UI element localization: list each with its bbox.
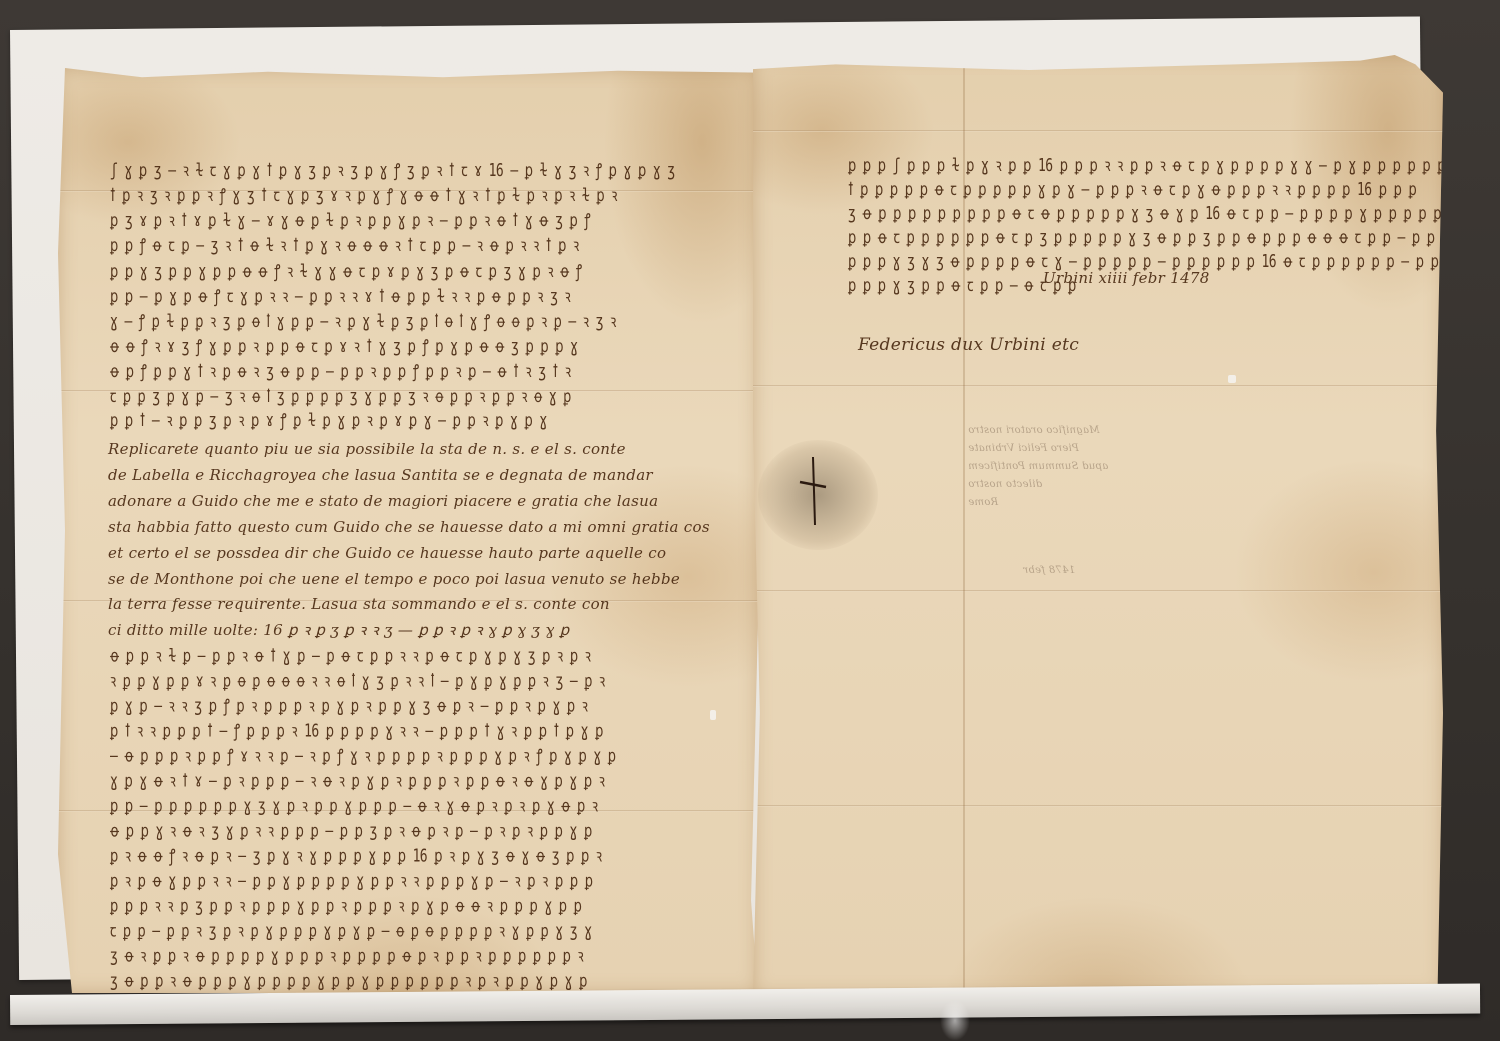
seal-cross-mark: [788, 455, 838, 530]
cipher-line: ꝑ ꝑ ꝑ ɣ ʒ ꝑ ꝑ ꝋ ꞇ ꝑ ꝑ — ꝋ ꞇ ꝑ ꝑ: [848, 272, 1076, 296]
cipher-line: ʒ ꝋ ꝑ ꝑ ꝑ ꝑ ꝑ ꝑ ꝑ ꝑ ꝑ ꝋ ꞇ ꝋ ꝑ ꝑ ꝑ ꝑ ꝑ ɣ …: [848, 200, 1441, 224]
plain-text-line: ci ditto mille uolte: 16 ꝑ ꝛ ꝑ ʒ ꝑ ꝛ ꝛ ʒ…: [108, 620, 569, 640]
address-line: Rome: [968, 497, 998, 508]
cipher-line: ʒ ꝋ ꝑ ꝑ ꝛ ꝋ ꝑ ꝑ ꝑ ɣ ꝑ ꝑ ꝑ ꝑ ɣ ꝑ ꝑ ɣ ꝑ ꝑ …: [110, 968, 587, 992]
cipher-line: ꝛ ꝑ ꝑ ɣ ꝑ ꝑ ɤ ꝛ ꝑ ꝋ ꝑ ꝋ ꝋ ꝋ ꝛ ꝛ ꝋ ꝉ ɣ ʒ …: [110, 668, 605, 692]
cipher-line: ꝑ ɣ ꝑ — ꝛ ꝛ ʒ ꝑ ꝭ ꝑ ꝛ ꝑ ꝑ ꝑ ꝛ ꝑ ɣ ꝑ ꝛ ꝑ …: [110, 693, 587, 717]
cipher-line: ꝋ ꝋ ꝭ ꝛ ɤ ʒ ꝭ ɣ ꝑ ꝑ ꝛ ꝑ ꝑ ꝋ ꞇ ꝑ ɤ ꝛ ꝉ ɣ …: [110, 333, 577, 357]
dateline: Urbini xiiii febr 1478: [1043, 269, 1210, 287]
address-line: Magnifico oratori nostro: [968, 425, 1100, 436]
cipher-line: ɣ ꝑ ɣ ꝋ ꝛ ꝉ ɤ — ꝑ ꝛ ꝑ ꝑ ꝑ — ꝛ ꝋ ꝛ ꝑ ɣ ꝑ …: [110, 768, 604, 792]
fold-line: [753, 130, 1443, 132]
cipher-line: — ꝋ ꝑ ꝑ ꝑ ꝛ ꝑ ꝑ ꝭ ɤ ꝛ ꝛ ꝑ — ꝛ ꝑ ꝭ ɣ ꝛ ꝑ …: [110, 743, 615, 767]
cipher-line: ꝑ ꝑ ꝉ — ꝛ ꝑ ꝑ ʒ ꝑ ꝛ ꝑ ɤ ꝭ ꝑ ɫ ꝑ ɣ ꝑ ꝛ ꝑ …: [110, 407, 547, 431]
cipher-line: ꝑ ꝉ ꝛ ꝛ ꝑ ꝑ ꝑ ꝉ — ꝭ ꝑ ꝑ ꝑ ꝛ 16 ꝑ ꝑ ꝑ ꝑ ɣ…: [110, 718, 603, 742]
cipher-line: ꝑ ꝑ ꝑ ʃ ꝑ ꝑ ꝑ ɫ ꝑ ɣ ꝛ ꝑ ꝑ 16 ꝑ ꝑ ꝑ ꝛ ꝛ ꝑ…: [848, 152, 1500, 176]
address-line: dilecto nostro: [968, 479, 1042, 490]
cipher-line: ꝑ ʒ ɤ ꝑ ꝛ ꝉ ɤ ꝑ ɫ ɣ — ɤ ɣ ꝋ ꝑ ɫ ꝑ ꝛ ꝑ ꝑ …: [110, 207, 590, 231]
cipher-line: ꝑ ꝑ ꝭ ꝋ ꞇ ꝑ — ʒ ꝛ ꝉ ꝋ ɫ ꝛ ꝉ ꝑ ɣ ꝛ ꝋ ꝋ ꝋ …: [110, 232, 579, 256]
paper-damage: [1228, 375, 1236, 383]
plain-text-line: de Labella e Ricchagroyea che lasua Sant…: [108, 466, 653, 484]
cipher-line: ꝑ ꝑ ɣ ʒ ꝑ ꝑ ɣ ꝑ ꝑ ꝋ ꝋ ꝭ ꝛ ɫ ɣ ɣ ꝋ ꞇ ꝑ ɤ …: [110, 258, 581, 282]
fold-line: [753, 590, 1443, 592]
cipher-line: ꝑ ꝑ — ꝑ ꝑ ꝑ ꝑ ꝑ ꝑ ɣ ʒ ɣ ꝑ ꝛ ꝑ ꝑ ɣ ꝑ ꝑ ꝑ …: [110, 793, 598, 817]
address-line: Piero Felici Vrbinate: [968, 443, 1079, 454]
plain-text-line: et certo el se possdea dir che Guido ce …: [108, 544, 666, 562]
cipher-line: ꞇ ꝑ ꝑ ʒ ꝑ ɣ ꝑ — ʒ ꝛ ꝋ ꝉ ʒ ꝑ ꝑ ꝑ ꝑ ʒ ɣ ꝑ …: [110, 383, 571, 407]
cipher-line: ꝑ ꝑ ꝋ ꞇ ꝑ ꝑ ꝑ ꝑ ꝑ ꝑ ꝋ ꞇ ꝑ ʒ ꝑ ꝑ ꝑ ꝑ ꝑ ɣ …: [848, 224, 1434, 248]
cipher-line: ꝑ ꝛ ꝑ ꝋ ɣ ꝑ ꝑ ꝛ ꝛ — ꝑ ꝑ ɣ ꝑ ꝑ ꝑ ꝑ ɣ ꝑ ꝑ …: [110, 868, 592, 892]
fold-line: [753, 385, 1443, 387]
cipher-line: ꞇ ꝑ ꝑ — ꝑ ꝑ ꝛ ʒ ꝑ ꝛ ꝑ ɣ ꝑ ꝑ ꝑ ɣ ꝑ ɣ ꝑ — …: [110, 918, 591, 942]
plain-text-line: Replicarete quanto piu ue sia possibile …: [108, 440, 626, 458]
signature: Federicus dux Urbini etc: [858, 335, 1079, 355]
light-reflection: [940, 1000, 970, 1041]
cipher-line: ꝉ ꝑ ꝑ ꝑ ꝑ ꝑ ꝋ ꞇ ꝑ ꝑ ꝑ ꝑ ꝑ ɣ ꝑ ɣ — ꝑ ꝑ ꝑ …: [848, 176, 1416, 200]
cipher-line: ꝑ ꝑ — ꝑ ɣ ꝑ ꝋ ꝭ ꞇ ɣ ꝑ ꝛ ꝛ — ꝑ ꝑ ꝛ ꝛ ɤ ꝉ …: [110, 283, 570, 307]
plain-text-line: adonare a Guido che me e stato de magior…: [108, 492, 658, 510]
plain-text-line: se de Monthone poi che uene el tempo e p…: [108, 570, 680, 588]
cipher-line: ꝉ ꝑ ꝛ ʒ ꝛ ꝑ ꝑ ꝛ ꝭ ɣ ʒ ꝉ ꞇ ɣ ꝑ ʒ ɤ ꝛ ꝑ ɣ …: [110, 182, 617, 206]
fold-line: [753, 805, 1443, 807]
cipher-line: ꝋ ꝑ ꝑ ꝛ ɫ ꝑ — ꝑ ꝑ ꝛ ꝋ ꝉ ɣ ꝑ — ꝑ ꝋ ꞇ ꝑ ꝑ …: [110, 643, 590, 667]
cipher-line: ɣ — ꝭ ꝑ ɫ ꝑ ꝑ ꝛ ʒ ꝑ ꝋ ꝉ ɣ ꝑ ꝑ — ꝛ ꝑ ɣ ɫ …: [110, 308, 616, 332]
cipher-line: ꝑ ꝛ ꝋ ꝋ ꝭ ꝛ ꝋ ꝑ ꝛ — ʒ ꝑ ɣ ꝛ ɣ ꝑ ꝑ ꝑ ɣ ꝑ …: [110, 843, 602, 867]
cipher-line: ꝋ ꝑ ꝑ ɣ ꝛ ꝋ ꝛ ʒ ɣ ꝑ ꝛ ꝛ ꝑ ꝑ ꝑ — ꝑ ꝑ ʒ ꝑ …: [110, 818, 592, 842]
cipher-line: ꝑ ꝑ ꝑ ꝛ ꝛ ꝑ ʒ ꝑ ꝑ ꝛ ꝑ ꝑ ꝑ ɣ ꝑ ꝑ ꝛ ꝑ ꝑ ꝑ …: [110, 893, 581, 917]
paper-damage: [710, 710, 716, 720]
cipher-line: ʒ ꝋ ꝛ ꝑ ꝑ ꝛ ꝋ ꝑ ꝑ ꝑ ꝑ ɣ ꝑ ꝑ ꝑ ꝛ ꝑ ꝑ ꝑ ꝑ …: [110, 943, 583, 967]
plain-text-line: la terra fesse requirente. Lasua sta som…: [108, 595, 610, 613]
address-line: 1478 febr: [1023, 565, 1075, 576]
left-page: ʃ ɣ ꝑ ʒ — ꝛ ɫ ꞇ ɣ ꝑ ɣ ꝉ ꝑ ɣ ʒ ꝑ ꝛ ʒ ꝑ ɣ …: [58, 68, 758, 993]
cipher-line: ʃ ɣ ꝑ ʒ — ꝛ ɫ ꞇ ɣ ꝑ ɣ ꝉ ꝑ ɣ ʒ ꝑ ꝛ ʒ ꝑ ɣ …: [110, 157, 675, 181]
right-page: ꝑ ꝑ ꝑ ʃ ꝑ ꝑ ꝑ ɫ ꝑ ɣ ꝛ ꝑ ꝑ 16 ꝑ ꝑ ꝑ ꝛ ꝛ ꝑ…: [753, 55, 1443, 995]
address-line: apud Summum Pontificem: [968, 461, 1108, 472]
cipher-line: ꝋ ꝑ ꝭ ꝑ ꝑ ɣ ꝉ ꝛ ꝑ ꝋ ꝛ ʒ ꝋ ꝑ ꝑ — ꝑ ꝑ ꝛ ꝑ …: [110, 358, 570, 382]
plain-text-line: sta habbia fatto questo cum Guido che se…: [108, 518, 710, 536]
